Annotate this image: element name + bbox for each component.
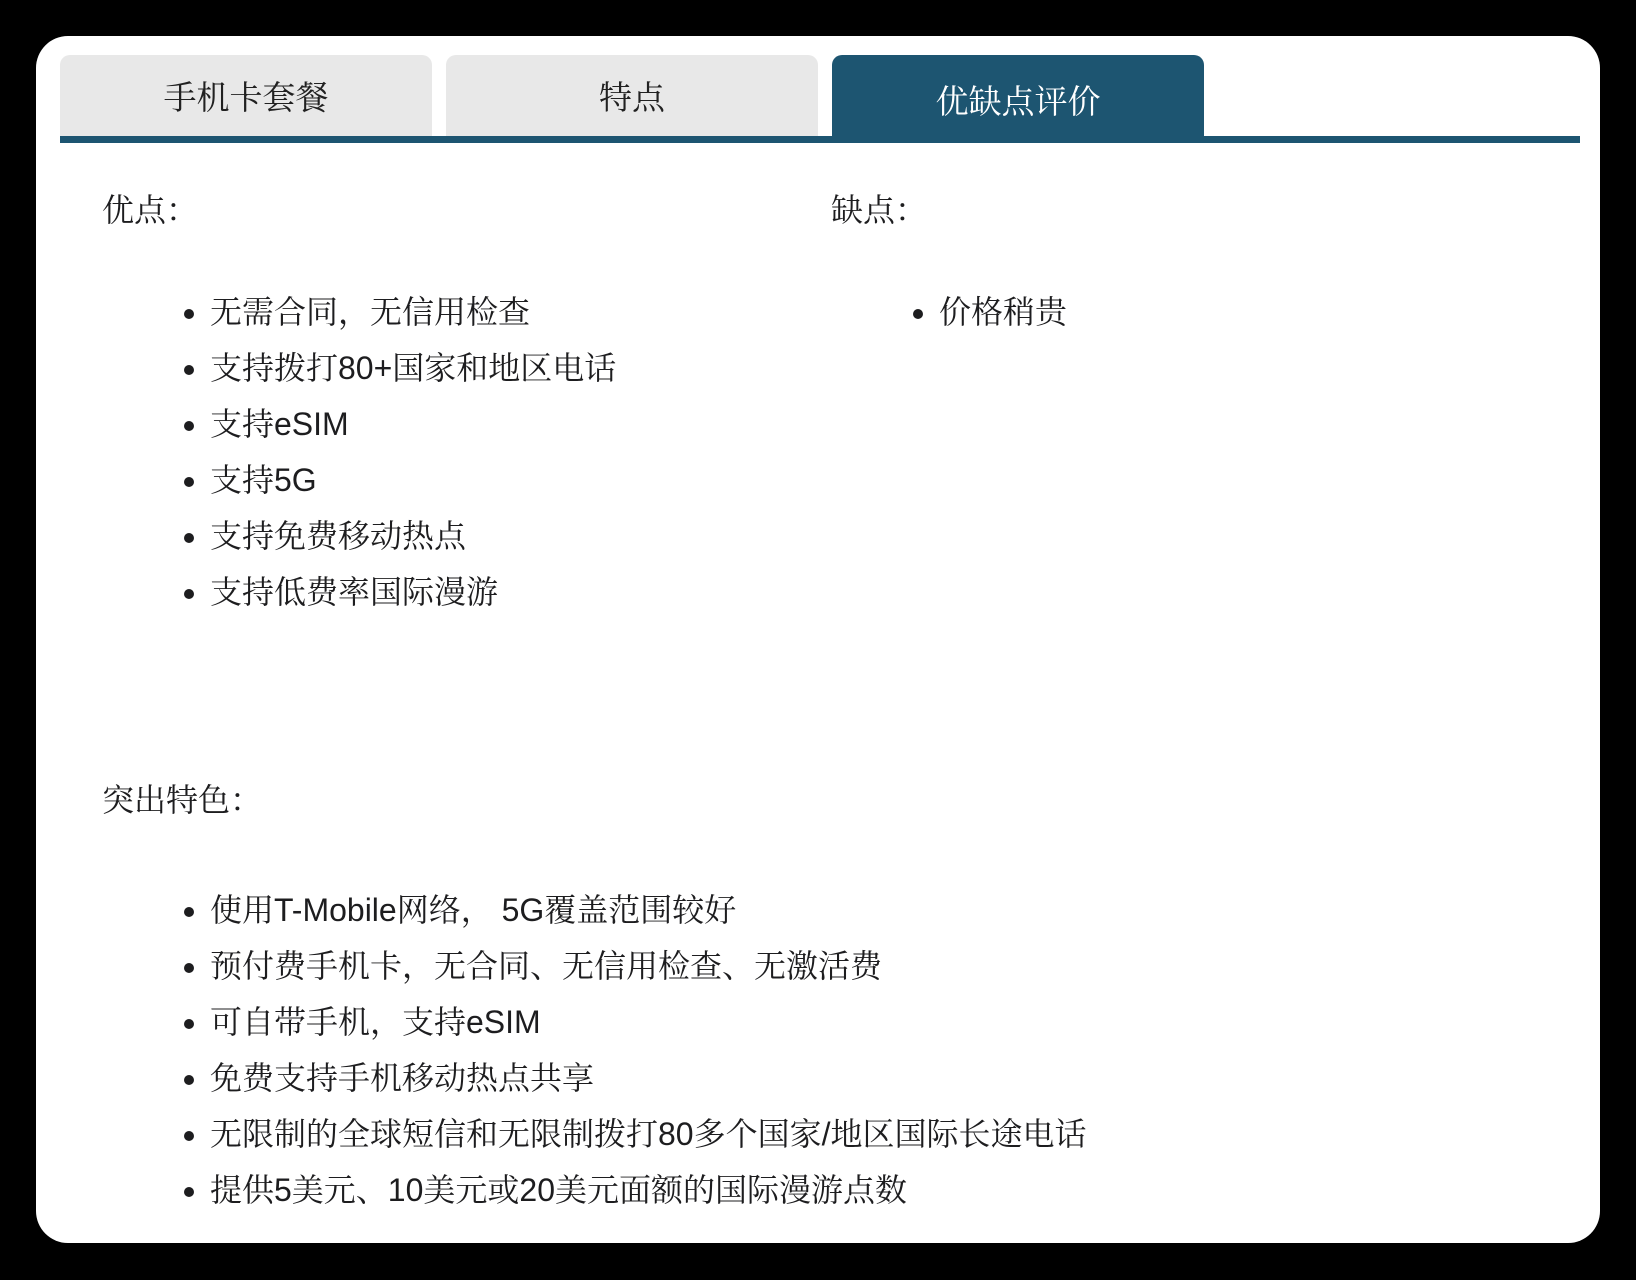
- features-list: 使用T-Mobile网络， 5G覆盖范围较好预付费手机卡，无合同、无信用检查、无…: [102, 893, 1560, 1208]
- tab-pros-cons-review[interactable]: 优缺点评价: [832, 55, 1204, 143]
- cons-column: 缺点： 价格稍贵: [831, 193, 1560, 631]
- bullet-item: 预付费手机卡，无合同、无信用检查、无激活费: [210, 949, 1560, 984]
- bullet-item: 免费支持手机移动热点共享: [210, 1061, 1560, 1096]
- tab-panel-pros-cons: 优点： 无需合同，无信用检查支持拨打80+国家和地区电话支持eSIM支持5G支持…: [60, 193, 1580, 1208]
- tab-bar: 手机卡套餐 特点 优缺点评价: [60, 55, 1580, 143]
- bullet-item: 无限制的全球短信和无限制拨打80多个国家/地区国际长途电话: [210, 1117, 1560, 1152]
- bullet-item: 价格稍贵: [939, 295, 1560, 330]
- tab-phone-plans[interactable]: 手机卡套餐: [60, 55, 432, 136]
- bullet-item: 支持eSIM: [210, 407, 831, 442]
- bullet-item: 使用T-Mobile网络， 5G覆盖范围较好: [210, 893, 1560, 928]
- tab-features[interactable]: 特点: [446, 55, 818, 136]
- card-inner: 手机卡套餐 特点 优缺点评价 优点： 无需合同，无信用检查支持拨打80+国家和地…: [36, 36, 1600, 1243]
- pros-heading: 优点：: [102, 193, 831, 228]
- features-heading: 突出特色：: [102, 783, 1560, 818]
- content-card: 手机卡套餐 特点 优缺点评价 优点： 无需合同，无信用检查支持拨打80+国家和地…: [36, 36, 1600, 1243]
- bullet-item: 无需合同，无信用检查: [210, 295, 831, 330]
- bullet-item: 支持免费移动热点: [210, 519, 831, 554]
- bullet-item: 支持5G: [210, 463, 831, 498]
- bullet-item: 支持低费率国际漫游: [210, 575, 831, 610]
- cons-heading: 缺点：: [831, 193, 1560, 228]
- bullet-item: 提供5美元、10美元或20美元面额的国际漫游点数: [210, 1173, 1560, 1208]
- pros-cons-row: 优点： 无需合同，无信用检查支持拨打80+国家和地区电话支持eSIM支持5G支持…: [102, 193, 1560, 631]
- bullet-item: 支持拨打80+国家和地区电话: [210, 351, 831, 386]
- pros-column: 优点： 无需合同，无信用检查支持拨打80+国家和地区电话支持eSIM支持5G支持…: [102, 193, 831, 631]
- pros-list: 无需合同，无信用检查支持拨打80+国家和地区电话支持eSIM支持5G支持免费移动…: [102, 295, 831, 610]
- cons-list: 价格稍贵: [831, 295, 1560, 330]
- bullet-item: 可自带手机，支持eSIM: [210, 1005, 1560, 1040]
- features-section: 突出特色： 使用T-Mobile网络， 5G覆盖范围较好预付费手机卡，无合同、无…: [102, 783, 1560, 1208]
